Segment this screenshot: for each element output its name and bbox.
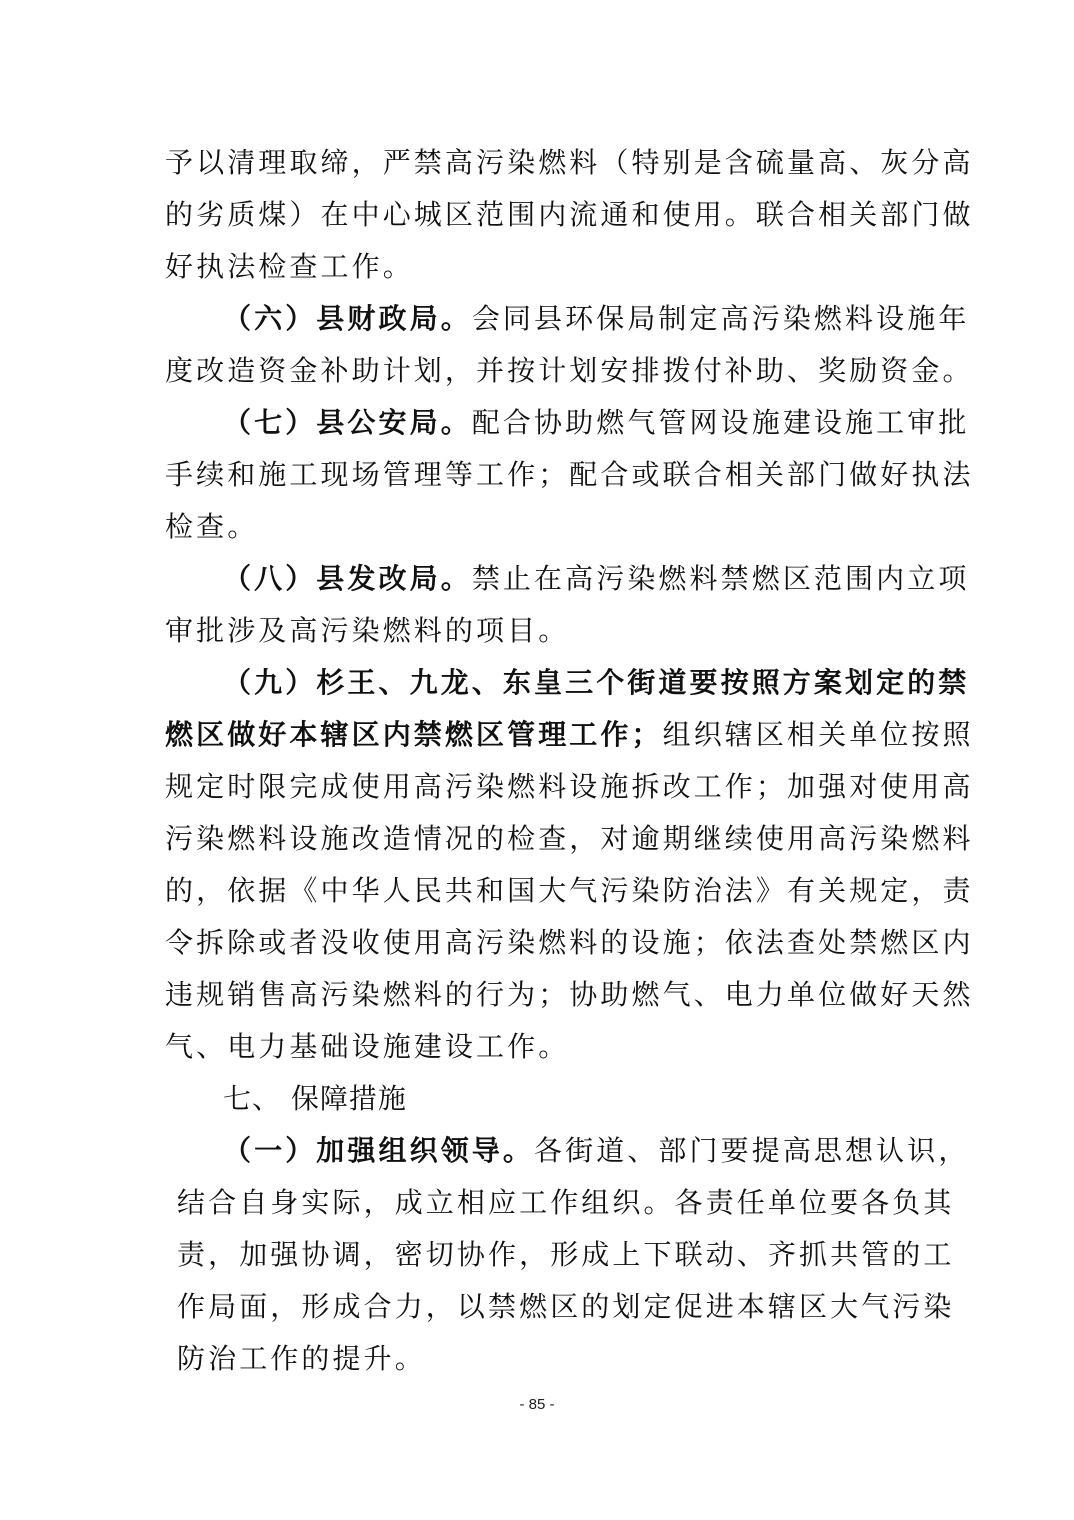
item-7-first-line: （七）县公安局。配合协助燃气管网设施建设施工审批 (165, 397, 913, 449)
text-line: 检查。 (165, 501, 913, 553)
item-7-title: （七）县公安局。 (223, 406, 472, 439)
text-line: 度改造资金补助计划，并按计划安排拨付补助、奖励资金。 (165, 345, 913, 397)
item-7-text: 配合协助燃气管网设施建设施工审批 (472, 406, 970, 439)
text-line: 的，依据《中华人民共和国大气污染防治法》有关规定，责 (165, 865, 913, 917)
text-line: 令拆除或者没收使用高污染燃料的设施；依法查处禁燃区内 (165, 917, 913, 969)
text-line: 好执法检查工作。 (165, 241, 913, 293)
text-line: 气、电力基础设施建设工作。 (165, 1021, 913, 1073)
item-9-title-cont: 燃区做好本辖区内禁燃区管理工作； (165, 718, 663, 751)
text-line: 防治工作的提升。 (165, 1333, 913, 1385)
item-9-text: 组织辖区相关单位按照 (663, 718, 974, 751)
item-8-title: （八）县发改局。 (223, 562, 472, 595)
item-9-title-line: （九）杉王、九龙、东皇三个街道要按照方案划定的禁 (165, 657, 913, 709)
text-line: 责，加强协调，密切协作，形成上下联动、齐抓共管的工 (165, 1229, 913, 1281)
text-line: 违规销售高污染燃料的行为；协助燃气、电力单位做好天然 (165, 969, 913, 1021)
text-line: 结合自身实际，成立相应工作组织。各责任单位要各负其 (165, 1177, 913, 1229)
item-6-title: （六）县财政局。 (223, 302, 472, 335)
text-line: 规定时限完成使用高污染燃料设施拆改工作；加强对使用高 (165, 761, 913, 813)
text-line: 作局面，形成合力，以禁燃区的划定促进本辖区大气污染 (165, 1281, 913, 1333)
item-6-text: 会同县环保局制定高污染燃料设施年 (472, 302, 970, 335)
document-page: 予以清理取缔，严禁高污染燃料（特别是含硫量高、灰分高 的劣质煤）在中心城区范围内… (0, 0, 1074, 1520)
item-8-first-line: （八）县发改局。禁止在高污染燃料禁燃区范围内立项 (165, 553, 913, 605)
section-heading: 七、 保障措施 (165, 1073, 913, 1125)
item-7-1-first-line: （一）加强组织领导。各街道、部门要提高思想认识， (165, 1125, 913, 1177)
text-line: 手续和施工现场管理等工作；配合或联合相关部门做好执法 (165, 449, 913, 501)
text-line: 审批涉及高污染燃料的项目。 (165, 605, 913, 657)
page-number: - 85 - (0, 1396, 1074, 1413)
text-line: 的劣质煤）在中心城区范围内流通和使用。联合相关部门做 (165, 189, 913, 241)
item-7-1-title: （一）加强组织领导。 (223, 1134, 534, 1167)
item-6-first-line: （六）县财政局。会同县环保局制定高污染燃料设施年 (165, 293, 913, 345)
text-line: 予以清理取缔，严禁高污染燃料（特别是含硫量高、灰分高 (165, 137, 913, 189)
text-line: 污染燃料设施改造情况的检查，对逾期继续使用高污染燃料 (165, 813, 913, 865)
item-7-1-text: 各街道、部门要提高思想认识， (534, 1134, 969, 1167)
item-8-text: 禁止在高污染燃料禁燃区范围内立项 (472, 562, 970, 595)
item-9-second-line: 燃区做好本辖区内禁燃区管理工作；组织辖区相关单位按照 (165, 709, 913, 761)
document-body: 予以清理取缔，严禁高污染燃料（特别是含硫量高、灰分高 的劣质煤）在中心城区范围内… (165, 137, 913, 1385)
